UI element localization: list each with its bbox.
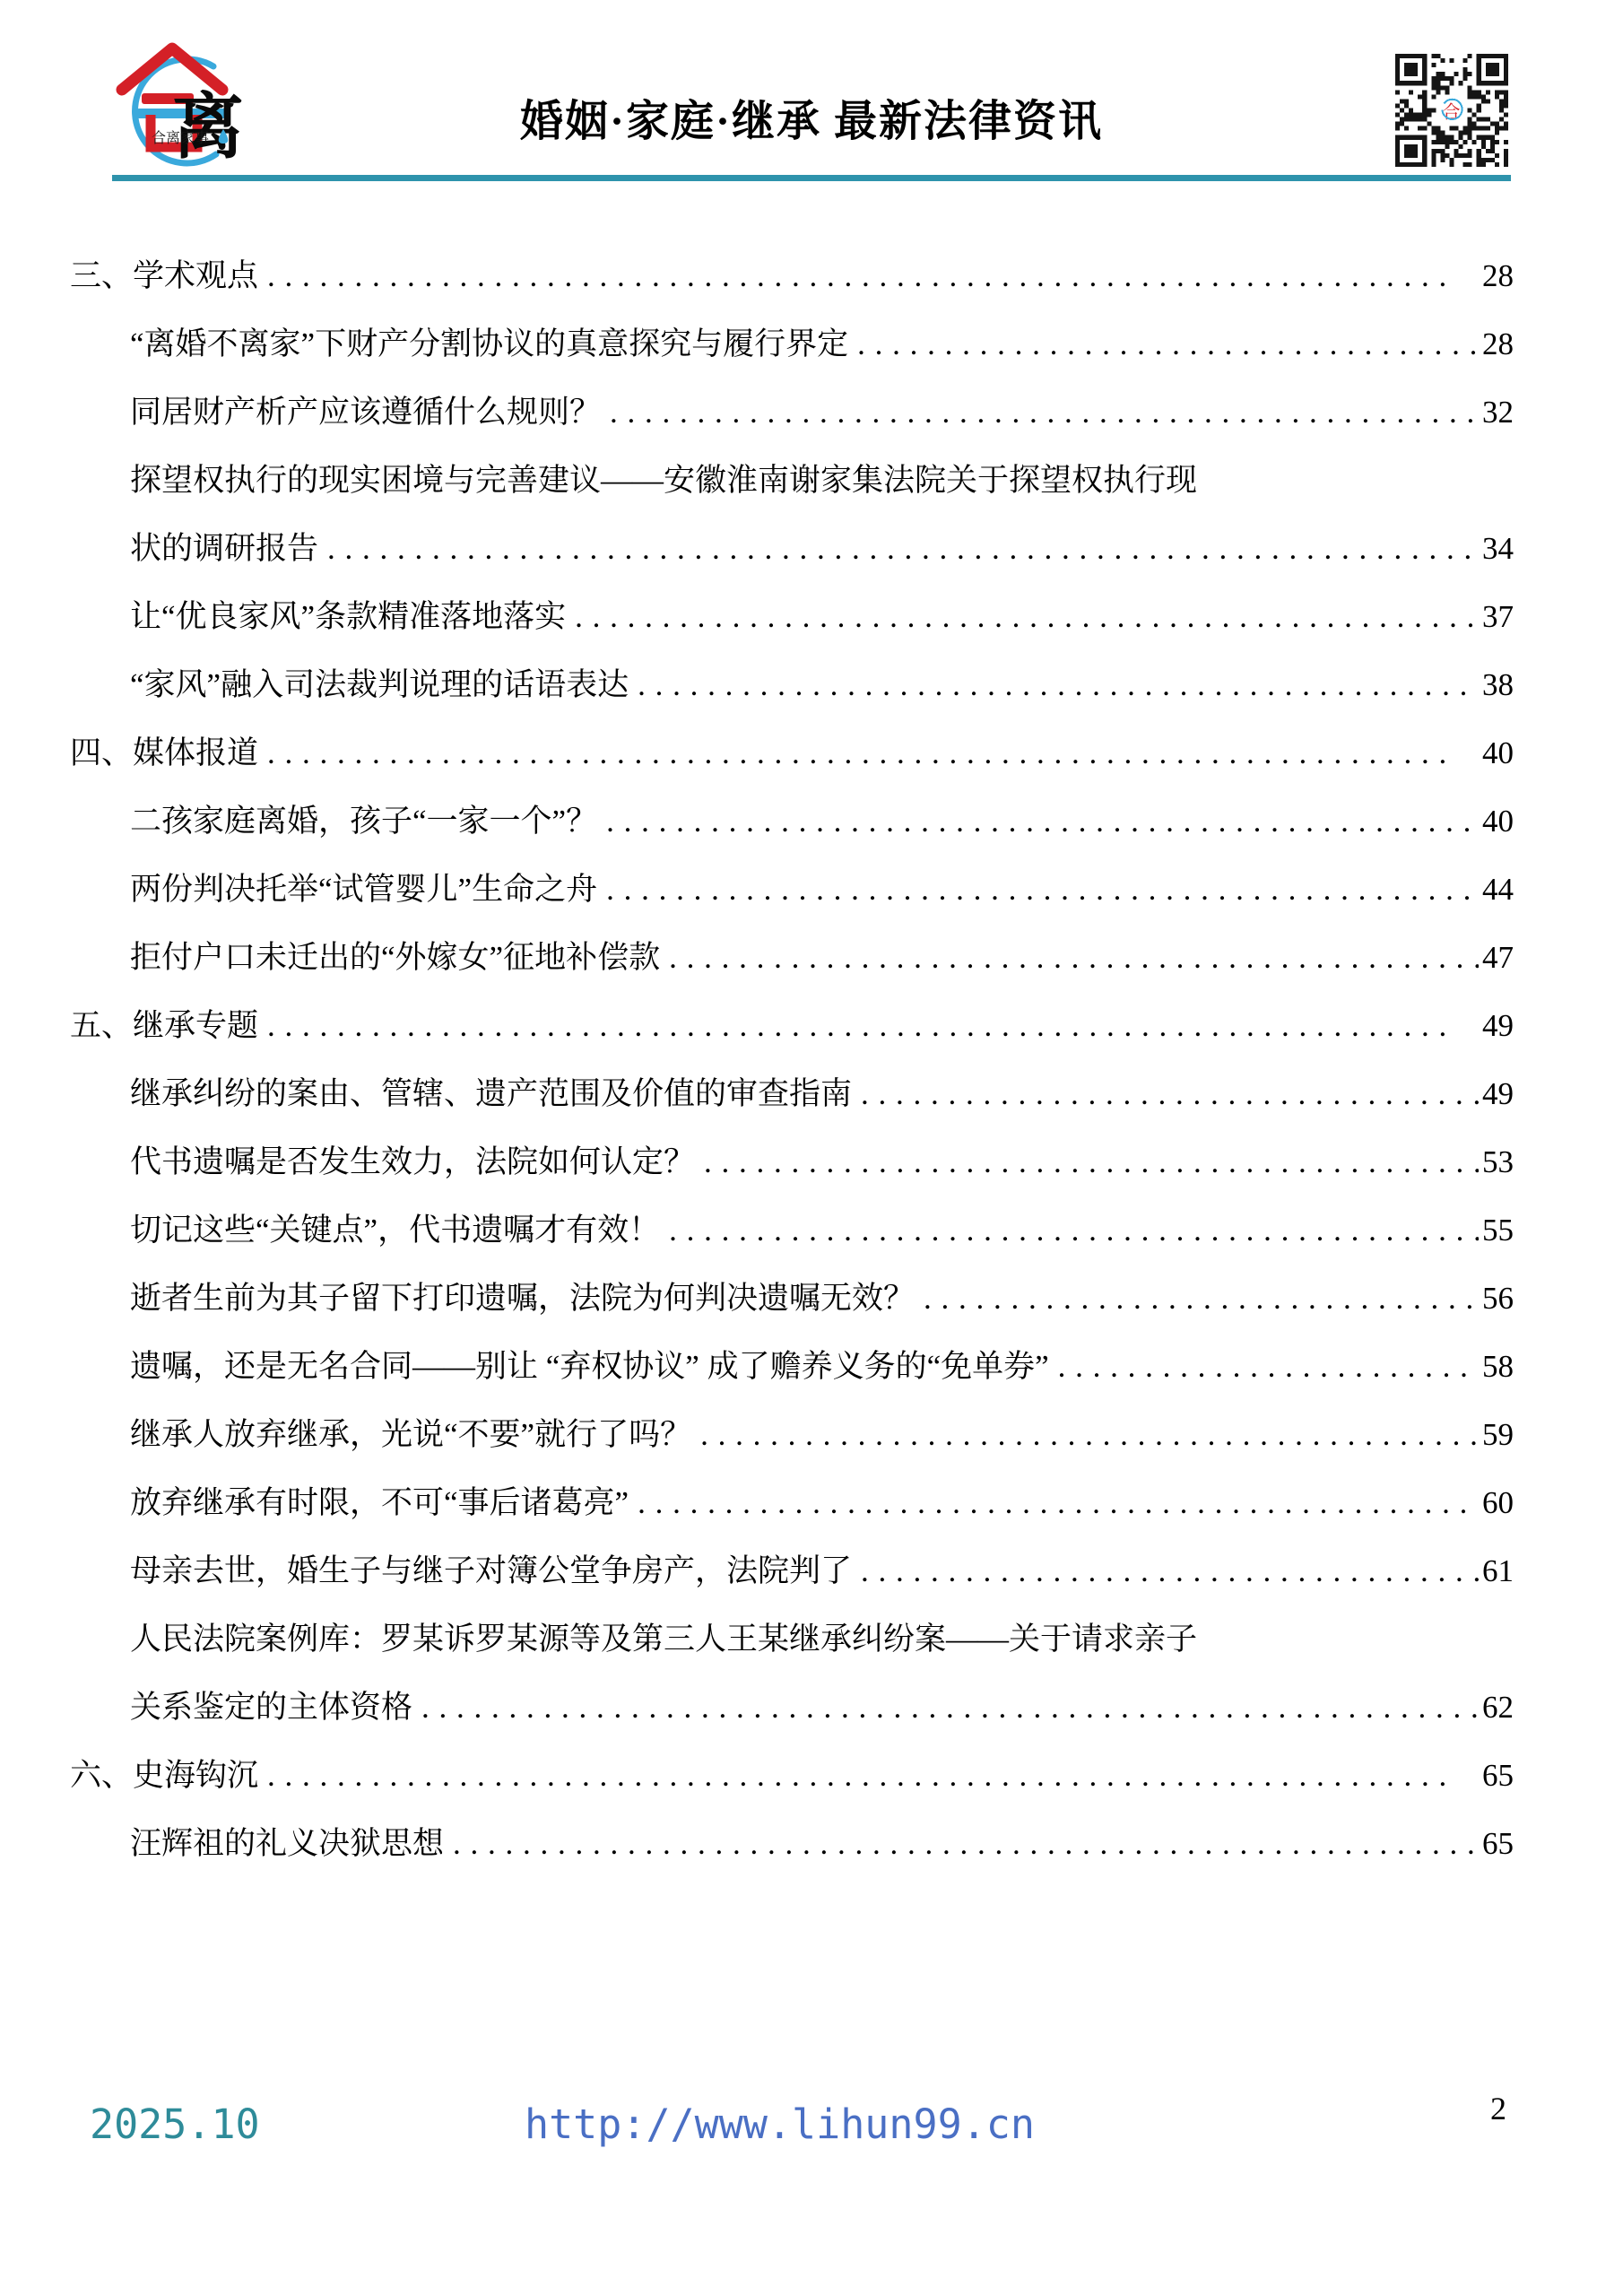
toc-page-number: 40: [1482, 787, 1514, 856]
dot-leader: . . . . . . . . . . . . . . . . . . . . …: [267, 242, 1454, 310]
toc-page-number: 56: [1482, 1265, 1514, 1333]
toc-entry: 三、学术观点. . . . . . . . . . . . . . . . . …: [70, 242, 1514, 310]
toc-page-number: 28: [1482, 310, 1514, 378]
table-of-contents: 三、学术观点. . . . . . . . . . . . . . . . . …: [70, 242, 1514, 1878]
toc-page-number: 49: [1474, 992, 1514, 1060]
dot-leader: . . . . . . . . . . . . . . . . . . . . …: [327, 515, 1479, 583]
dot-leader: . . . . . . . . . . . . . . . . . . . . …: [638, 1469, 1479, 1537]
toc-page-number: 28: [1474, 242, 1514, 310]
page-title: 婚姻·家庭·继承 最新法律资讯: [0, 86, 1623, 148]
toc-entry-text: 三、学术观点: [70, 242, 258, 310]
dot-leader: . . . . . . . . . . . . . . . . . . . . …: [267, 992, 1454, 1060]
toc-page-number: 47: [1482, 924, 1514, 992]
toc-entry: 五、继承专题. . . . . . . . . . . . . . . . . …: [70, 992, 1514, 1060]
toc-entry-text: “家风”融入司法裁判说理的话语表达: [130, 651, 629, 719]
dot-leader: . . . . . . . . . . . . . . . . . . . . …: [575, 583, 1479, 651]
toc-entry-text: 状的调研报告: [130, 515, 318, 583]
toc-page-number: 38: [1482, 651, 1514, 719]
toc-page-number: 59: [1482, 1401, 1514, 1469]
dot-leader: . . . . . . . . . . . . . . . . . . . . …: [1058, 1333, 1479, 1401]
dot-leader: . . . . . . . . . . . . . . . . . . . . …: [700, 1401, 1479, 1469]
toc-page-number: 61: [1482, 1537, 1514, 1605]
dot-leader: . . . . . . . . . . . . . . . . . . . . …: [453, 1810, 1479, 1878]
dot-leader: . . . . . . . . . . . . . . . . . . . . …: [421, 1674, 1479, 1742]
dot-leader: . . . . . . . . . . . . . . . . . . . . …: [861, 1060, 1479, 1128]
dot-leader: . . . . . . . . . . . . . . . . . . . . …: [857, 310, 1479, 378]
toc-page-number: 55: [1482, 1196, 1514, 1265]
document-page: 离 合离家事 婚姻·家庭·继承 最新法律资讯 合 三、学术观点. . . . .…: [0, 0, 1623, 2296]
toc-entry: 母亲去世，婚生子与继子对簿公堂争房产，法院判了. . . . . . . . .…: [70, 1537, 1514, 1605]
toc-page-number: 34: [1482, 515, 1514, 583]
toc-entry: 逝者生前为其子留下打印遗嘱，法院为何判决遗嘱无效？. . . . . . . .…: [70, 1265, 1514, 1333]
toc-entry: 拒付户口未迁出的“外嫁女”征地补偿款. . . . . . . . . . . …: [70, 924, 1514, 992]
toc-entry: 六、史海钩沉. . . . . . . . . . . . . . . . . …: [70, 1742, 1514, 1810]
dot-leader: . . . . . . . . . . . . . . . . . . . . …: [861, 1537, 1479, 1605]
toc-entry-text: 两份判决托举“试管婴儿”生命之舟: [130, 856, 597, 924]
dot-leader: . . . . . . . . . . . . . . . . . . . . …: [267, 719, 1454, 787]
header-divider: [112, 175, 1511, 181]
toc-entry: 两份判决托举“试管婴儿”生命之舟. . . . . . . . . . . . …: [70, 856, 1514, 924]
page-number: 2: [1490, 2090, 1506, 2127]
dot-leader: . . . . . . . . . . . . . . . . . . . . …: [669, 1196, 1479, 1265]
dot-leader: . . . . . . . . . . . . . . . . . . . . …: [669, 924, 1479, 992]
dot-leader: . . . . . . . . . . . . . . . . . . . . …: [267, 1742, 1454, 1810]
toc-entry-text: 放弃继承有时限，不可“事后诸葛亮”: [130, 1469, 629, 1537]
toc-entry-text: 切记这些“关键点”，代书遗嘱才有效！: [130, 1196, 660, 1265]
dot-leader: . . . . . . . . . . . . . . . . . . . . …: [606, 787, 1479, 856]
toc-entry: 同居财产析产应该遵循什么规则？. . . . . . . . . . . . .…: [70, 378, 1514, 447]
toc-entry-text: 六、史海钩沉: [70, 1742, 258, 1810]
toc-entry: 遗嘱，还是无名合同——别让 “弃权协议” 成了赡养义务的“免单券”. . . .…: [70, 1333, 1514, 1401]
toc-entry-text: 继承人放弃继承，光说“不要”就行了吗？: [130, 1401, 691, 1469]
toc-entry-text: “离婚不离家”下财产分割协议的真意探究与履行界定: [130, 310, 848, 378]
toc-entry-text: 代书遗嘱是否发生效力，法院如何认定？: [130, 1128, 695, 1196]
toc-entry: 继承纠纷的案由、管辖、遗产范围及价值的审查指南. . . . . . . . .…: [70, 1060, 1514, 1128]
toc-entry: 汪辉祖的礼义决狱思想. . . . . . . . . . . . . . . …: [70, 1810, 1514, 1878]
toc-entry: 二孩家庭离婚，孩子“一家一个”？. . . . . . . . . . . . …: [70, 787, 1514, 856]
toc-page-number: 49: [1482, 1060, 1514, 1128]
toc-entry-text: 继承纠纷的案由、管辖、遗产范围及价值的审查指南: [130, 1060, 852, 1128]
toc-page-number: 65: [1482, 1810, 1514, 1878]
dot-leader: . . . . . . . . . . . . . . . . . . . . …: [924, 1265, 1479, 1333]
toc-entry-text: 二孩家庭离婚，孩子“一家一个”？: [130, 787, 597, 856]
toc-page-number: 32: [1482, 378, 1514, 447]
toc-entry-text: 母亲去世，婚生子与继子对簿公堂争房产，法院判了: [130, 1537, 852, 1605]
toc-entry-text: 汪辉祖的礼义决狱思想: [130, 1810, 444, 1878]
toc-entry: 代书遗嘱是否发生效力，法院如何认定？. . . . . . . . . . . …: [70, 1128, 1514, 1196]
toc-page-number: 65: [1474, 1742, 1514, 1810]
toc-page-number: 37: [1482, 583, 1514, 651]
toc-entry-text: 逝者生前为其子留下打印遗嘱，法院为何判决遗嘱无效？: [130, 1265, 915, 1333]
toc-page-number: 53: [1482, 1128, 1514, 1196]
dot-leader: . . . . . . . . . . . . . . . . . . . . …: [606, 856, 1479, 924]
toc-entry: 继承人放弃继承，光说“不要”就行了吗？. . . . . . . . . . .…: [70, 1401, 1514, 1469]
toc-entry-text: 关系鉴定的主体资格: [130, 1674, 412, 1742]
toc-entry: “家风”融入司法裁判说理的话语表达. . . . . . . . . . . .…: [70, 651, 1514, 719]
toc-entry-text: 同居财产析产应该遵循什么规则？: [130, 378, 601, 447]
qr-code: 合: [1395, 54, 1508, 167]
dot-leader: . . . . . . . . . . . . . . . . . . . . …: [610, 378, 1479, 447]
toc-entry-text: 让“优良家风”条款精准落地落实: [130, 583, 566, 651]
toc-entry: 放弃继承有时限，不可“事后诸葛亮”. . . . . . . . . . . .…: [70, 1469, 1514, 1537]
website-url[interactable]: http://www.lihun99.cn: [525, 2100, 1035, 2148]
logo-roof-icon: [122, 48, 222, 90]
toc-entry: 探望权执行的现实困境与完善建议——安徽淮南谢家集法院关于探望权执行现状的调研报告…: [70, 447, 1514, 583]
issue-date: 2025.10: [90, 2100, 260, 2148]
toc-entry-text: 探望权执行的现实困境与完善建议——安徽淮南谢家集法院关于探望权执行现: [130, 447, 1197, 515]
toc-page-number: 60: [1482, 1469, 1514, 1537]
dot-leader: . . . . . . . . . . . . . . . . . . . . …: [704, 1128, 1479, 1196]
toc-page-number: 44: [1482, 856, 1514, 924]
toc-entry-text: 遗嘱，还是无名合同——别让 “弃权协议” 成了赡养义务的“免单券”: [130, 1333, 1049, 1401]
toc-entry: 人民法院案例库：罗某诉罗某源等及第三人王某继承纠纷案——关于请求亲子关系鉴定的主…: [70, 1605, 1514, 1742]
toc-page-number: 62: [1482, 1674, 1514, 1742]
toc-entry-text: 五、继承专题: [70, 992, 258, 1060]
toc-entry-text: 人民法院案例库：罗某诉罗某源等及第三人王某继承纠纷案——关于请求亲子: [130, 1605, 1197, 1674]
toc-entry: 让“优良家风”条款精准落地落实. . . . . . . . . . . . .…: [70, 583, 1514, 651]
toc-entry: 切记这些“关键点”，代书遗嘱才有效！. . . . . . . . . . . …: [70, 1196, 1514, 1265]
toc-entry-text: 拒付户口未迁出的“外嫁女”征地补偿款: [130, 924, 660, 992]
toc-page-number: 58: [1482, 1333, 1514, 1401]
toc-entry: “离婚不离家”下财产分割协议的真意探究与履行界定. . . . . . . . …: [70, 310, 1514, 378]
toc-page-number: 40: [1474, 719, 1514, 787]
dot-leader: . . . . . . . . . . . . . . . . . . . . …: [638, 651, 1479, 719]
toc-entry: 四、媒体报道. . . . . . . . . . . . . . . . . …: [70, 719, 1514, 787]
toc-entry-text: 四、媒体报道: [70, 719, 258, 787]
